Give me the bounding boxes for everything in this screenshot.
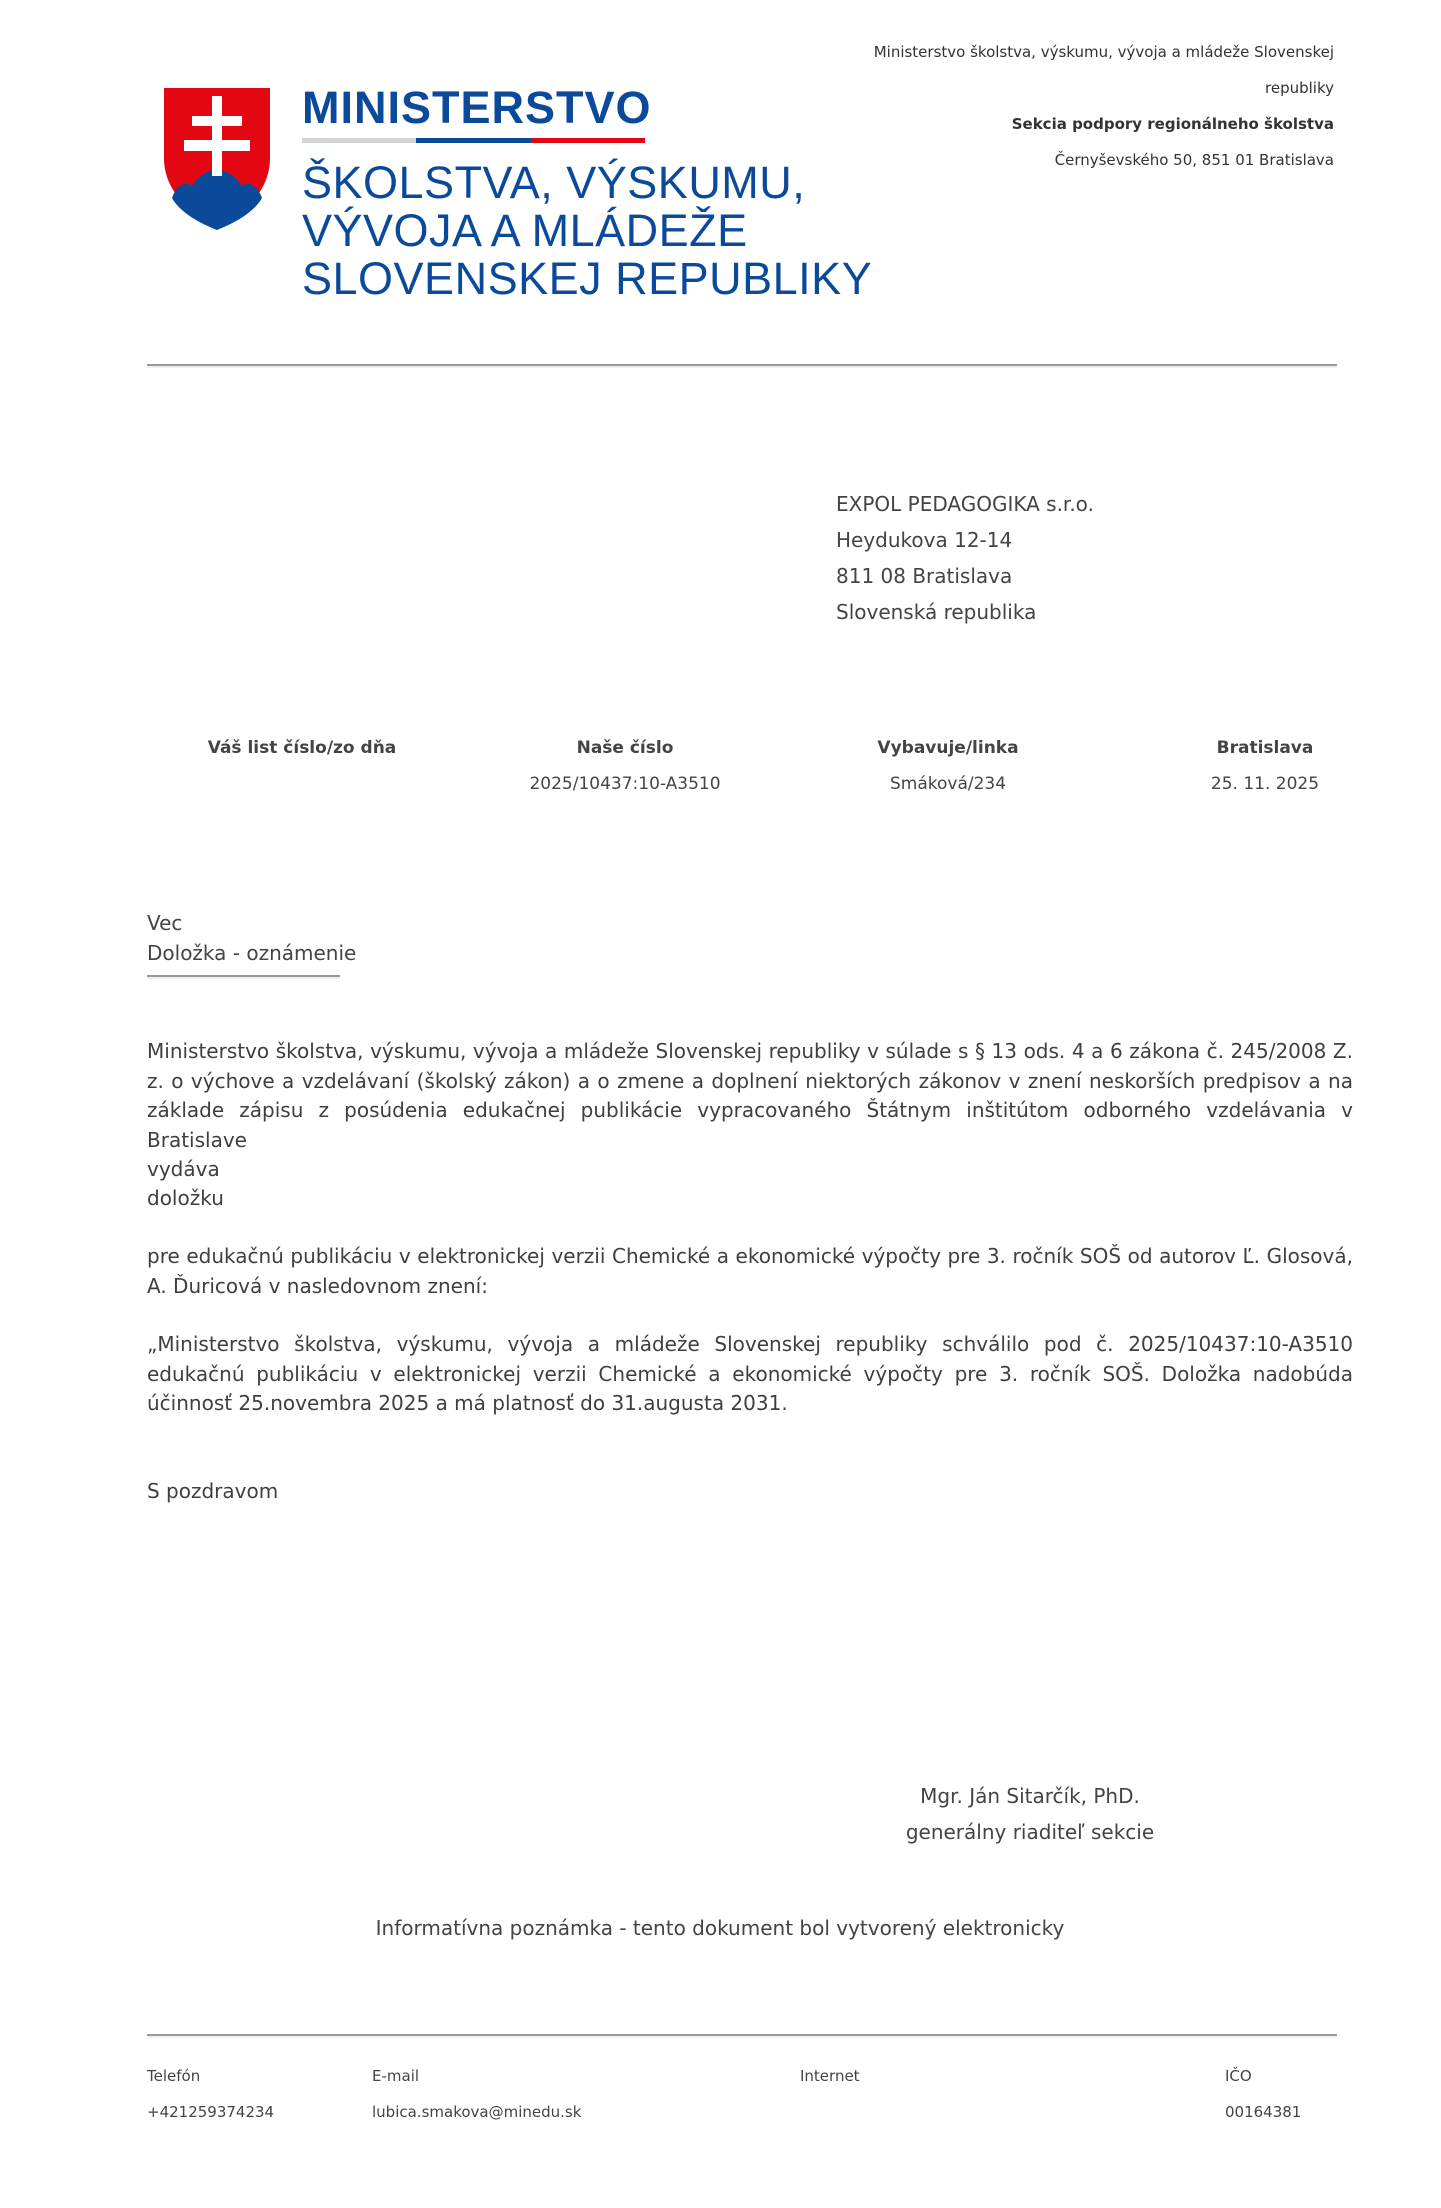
footer-label: Internet xyxy=(800,2058,860,2094)
footer-value[interactable]: lubica.smakova@minedu.sk xyxy=(372,2094,581,2130)
ref-label: Naše číslo xyxy=(495,730,755,766)
sender-org-line1: Ministerstvo školstva, výskumu, vývoja a… xyxy=(774,34,1334,70)
signatory-name: Mgr. Ján Sitarčík, PhD. xyxy=(880,1778,1180,1814)
ref-label: Vybavuje/linka xyxy=(818,730,1078,766)
ref-value: 2025/10437:10-A3510 xyxy=(495,766,755,802)
body-paragraph-2: pre edukačnú publikáciu v elektronickej … xyxy=(147,1242,1353,1301)
logo-line-4: SLOVENSKEJ REPUBLIKY xyxy=(302,253,872,305)
footer-value: +421259374234 xyxy=(147,2094,274,2130)
signatory-title: generálny riaditeľ sekcie xyxy=(880,1814,1180,1850)
recipient-country: Slovenská republika xyxy=(836,594,1094,630)
ref-value: 25. 11. 2025 xyxy=(1135,766,1395,802)
footer-value: 00164381 xyxy=(1225,2094,1301,2130)
footer-phone: Telefón +421259374234 xyxy=(147,2058,274,2130)
footer-internet: Internet xyxy=(800,2058,860,2094)
logo-tricolor-bar xyxy=(302,138,645,143)
ref-col-your-letter: Váš list číslo/zo dňa xyxy=(172,730,432,766)
subject-label: Vec xyxy=(147,908,356,938)
sender-address: Černyševského 50, 851 01 Bratislava xyxy=(774,142,1334,178)
subject-title: Doložka - oznámenie xyxy=(147,938,356,968)
logo-line-3: VÝVOJA A MLÁDEŽE xyxy=(302,205,748,257)
footer-label: E-mail xyxy=(372,2058,581,2094)
body-clause: doložku xyxy=(147,1184,1353,1214)
footer-divider xyxy=(147,2034,1337,2038)
recipient-street: Heydukova 12-14 xyxy=(836,522,1094,558)
logo-line-ministerstvo: MINISTERSTVO xyxy=(302,82,652,134)
footer-email: E-mail lubica.smakova@minedu.sk xyxy=(372,2058,581,2130)
body-issues: vydáva xyxy=(147,1155,1353,1185)
ref-label: Bratislava xyxy=(1135,730,1395,766)
ref-col-our-number: Naše číslo 2025/10437:10-A3510 xyxy=(495,730,755,802)
greeting: S pozdravom xyxy=(147,1477,1353,1507)
recipient-address: EXPOL PEDAGOGIKA s.r.o. Heydukova 12-14 … xyxy=(836,486,1094,630)
body-paragraph-3: „Ministerstvo školstva, výskumu, vývoja … xyxy=(147,1330,1353,1419)
subject-underline xyxy=(147,975,340,979)
subject-block: Vec Doložka - oznámenie xyxy=(147,908,356,968)
sender-org-line2: republiky xyxy=(774,70,1334,106)
ref-label: Váš list číslo/zo dňa xyxy=(172,730,432,766)
ref-value: Smáková/234 xyxy=(818,766,1078,802)
sender-header: Ministerstvo školstva, výskumu, vývoja a… xyxy=(774,34,1334,178)
footer-label: Telefón xyxy=(147,2058,274,2094)
header-divider xyxy=(147,364,1337,368)
coat-of-arms-icon xyxy=(162,88,272,230)
footer-label: IČO xyxy=(1225,2058,1301,2094)
ref-col-handled-by: Vybavuje/linka Smáková/234 xyxy=(818,730,1078,802)
footer-ico: IČO 00164381 xyxy=(1225,2058,1301,2130)
ref-col-date: Bratislava 25. 11. 2025 xyxy=(1135,730,1395,802)
electronic-document-note: Informatívna poznámka - tento dokument b… xyxy=(360,1916,1080,1940)
sender-section: Sekcia podpory regionálneho školstva xyxy=(774,106,1334,142)
signature-block: Mgr. Ján Sitarčík, PhD. generálny riadit… xyxy=(880,1778,1180,1850)
recipient-city: 811 08 Bratislava xyxy=(836,558,1094,594)
recipient-name: EXPOL PEDAGOGIKA s.r.o. xyxy=(836,486,1094,522)
logo-line-2: ŠKOLSTVA, VÝSKUMU, xyxy=(302,157,805,209)
body-paragraph-1: Ministerstvo školstva, výskumu, vývoja a… xyxy=(147,1037,1353,1155)
